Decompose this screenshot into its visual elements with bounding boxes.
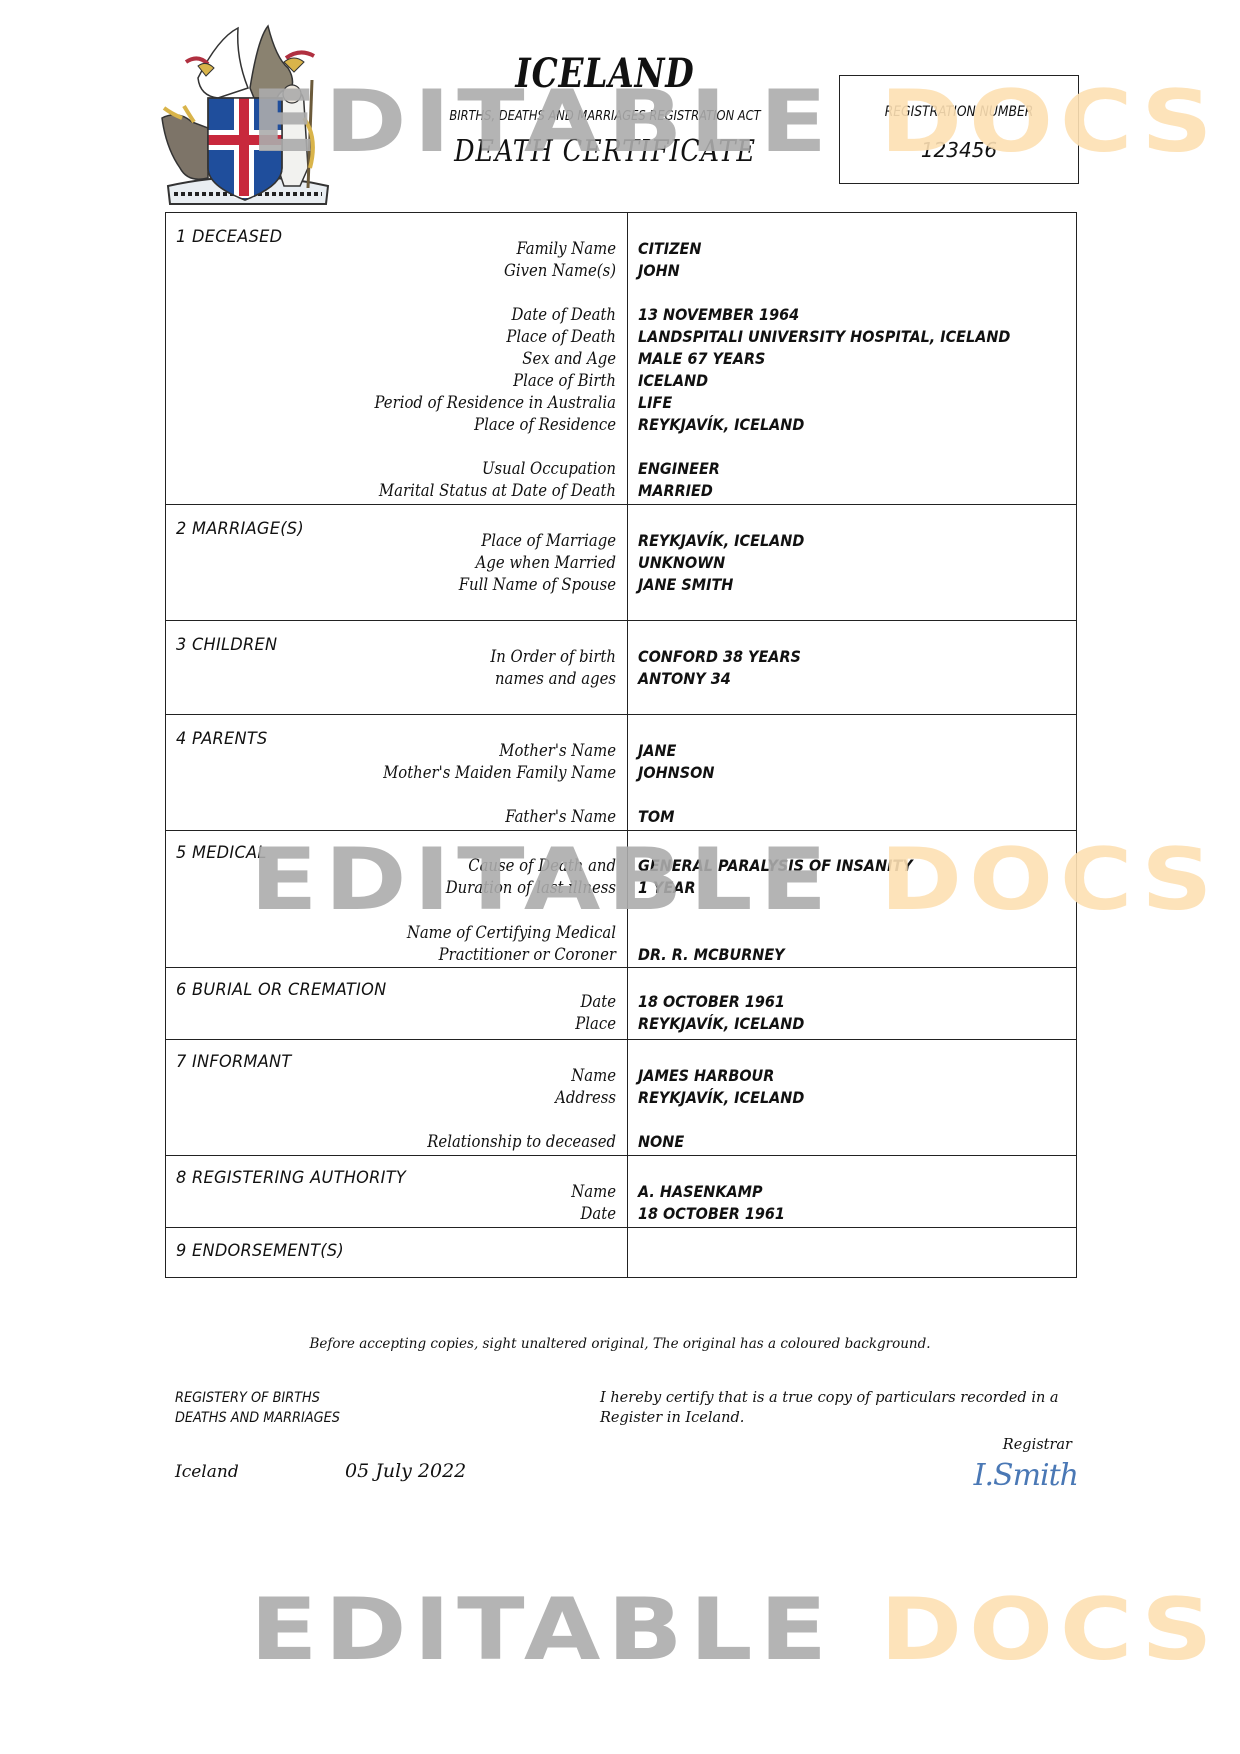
field-label: Period of Residence in Australia <box>220 393 616 412</box>
field-value: REYKJAVÍK, ICELAND <box>638 415 804 434</box>
field-row: In Order of birth CONFORD 38 YEARS <box>166 647 1076 669</box>
field-label: names and ages <box>220 669 616 688</box>
field-label: Sex and Age <box>220 349 616 368</box>
field-value: UNKNOWN <box>638 553 725 572</box>
iceland-coat-of-arms-icon <box>158 18 338 208</box>
certificate-table: 1 DECEASED Family Name CITIZEN Given Nam… <box>165 212 1077 1278</box>
field-value: NONE <box>638 1132 684 1151</box>
field-value: CITIZEN <box>638 239 701 258</box>
field-label: Usual Occupation <box>220 459 616 478</box>
field-row: Date 18 OCTOBER 1961 <box>166 1204 1076 1226</box>
field-row: Name A. HASENKAMP <box>166 1182 1076 1204</box>
field-label: Mother's Maiden Family Name <box>220 763 616 782</box>
field-value: 18 OCTOBER 1961 <box>638 992 785 1011</box>
field-label: Age when Married <box>220 553 616 572</box>
field-row: Given Name(s) JOHN <box>166 261 1076 283</box>
registrar-signature: I.Smith <box>974 1458 1078 1493</box>
field-label: Mother's Name <box>220 741 616 760</box>
field-row: Marital Status at Date of Death MARRIED <box>166 481 1076 503</box>
field-value: A. HASENKAMP <box>638 1182 763 1201</box>
section-informant: 7 INFORMANT Name JAMES HARBOUR Address R… <box>166 1039 1076 1155</box>
document-title: DEATH CERTIFICATE <box>427 134 784 169</box>
authenticity-notice: Before accepting copies, sight unaltered… <box>0 1336 1240 1352</box>
section-medical: 5 MEDICAL Cause of Death and GENERAL PAR… <box>166 830 1076 967</box>
field-row: Place of Birth ICELAND <box>166 371 1076 393</box>
field-label: Place of Marriage <box>220 531 616 550</box>
section-burial-or-cremation: 6 BURIAL OR CREMATION Date 18 OCTOBER 19… <box>166 967 1076 1039</box>
section-endorsements: 9 ENDORSEMENT(S) <box>166 1227 1076 1277</box>
field-label: Full Name of Spouse <box>220 575 616 594</box>
section-deceased: 1 DECEASED Family Name CITIZEN Given Nam… <box>166 213 1076 504</box>
field-row: Usual Occupation ENGINEER <box>166 459 1076 481</box>
field-label: Relationship to deceased <box>220 1132 616 1151</box>
field-label: Given Name(s) <box>220 261 616 280</box>
field-row: Father's Name TOM <box>166 807 1076 829</box>
field-value: JOHN <box>638 261 680 280</box>
field-label: Father's Name <box>220 807 616 826</box>
field-row: Name JAMES HARBOUR <box>166 1066 1076 1088</box>
field-row: Full Name of Spouse JANE SMITH <box>166 575 1076 597</box>
field-label: In Order of birth <box>220 647 616 666</box>
field-value: LIFE <box>638 393 672 412</box>
field-label: Cause of Death and <box>220 856 616 875</box>
field-label: Place <box>220 1014 616 1033</box>
country-heading: ICELAND <box>433 50 777 98</box>
field-row: Mother's Name JANE <box>166 741 1076 763</box>
field-value: LANDSPITALI UNIVERSITY HOSPITAL, ICELAND <box>638 327 1010 346</box>
field-label: Name <box>220 1182 616 1201</box>
field-label: Place of Residence <box>220 415 616 434</box>
field-value: DR. R. MCBURNEY <box>638 945 785 964</box>
field-value: JANE SMITH <box>638 575 733 594</box>
registry-name: REGISTERY OF BIRTHS DEATHS AND MARRIAGES <box>175 1388 340 1428</box>
watermark-word-2: DOCS <box>880 1580 1219 1680</box>
field-value: REYKJAVÍK, ICELAND <box>638 531 804 550</box>
field-row: Duration of last illness 1 YEAR <box>166 878 1076 900</box>
field-value: 13 NOVEMBER 1964 <box>638 305 799 324</box>
field-row: Cause of Death and GENERAL PARALYSIS OF … <box>166 856 1076 878</box>
registrar-label: Registrar <box>1003 1437 1072 1453</box>
title-block: ICELAND BIRTHS, DEATHS AND MARRIAGES REG… <box>395 50 815 169</box>
field-value: 18 OCTOBER 1961 <box>638 1204 785 1223</box>
field-value: ANTONY 34 <box>638 669 731 688</box>
certification-statement: I hereby certify that is a true copy of … <box>600 1388 1070 1428</box>
field-value: JAMES HARBOUR <box>638 1066 774 1085</box>
field-label: Name <box>220 1066 616 1085</box>
field-value: TOM <box>638 807 674 826</box>
section-children: 3 CHILDREN In Order of birth CONFORD 38 … <box>166 620 1076 714</box>
field-row: Date of Death 13 NOVEMBER 1964 <box>166 305 1076 327</box>
field-label: Address <box>220 1088 616 1107</box>
field-row: Place of Residence REYKJAVÍK, ICELAND <box>166 415 1076 437</box>
field-row: Period of Residence in Australia LIFE <box>166 393 1076 415</box>
field-label: Practitioner or Coroner <box>220 945 616 964</box>
field-value: MALE 67 YEARS <box>638 349 765 368</box>
field-row: Name of Certifying Medical <box>166 923 1076 945</box>
field-value: JANE <box>638 741 676 760</box>
watermark: EDITABLEDOCS <box>250 1580 1219 1680</box>
registration-number-value: 123456 <box>840 138 1078 162</box>
field-row: Age when Married UNKNOWN <box>166 553 1076 575</box>
field-value: GENERAL PARALYSIS OF INSANITY <box>638 856 913 875</box>
field-label: Family Name <box>220 239 616 258</box>
field-label: Place of Death <box>220 327 616 346</box>
field-row: Family Name CITIZEN <box>166 239 1076 261</box>
field-label: Marital Status at Date of Death <box>220 481 616 500</box>
field-value: ENGINEER <box>638 459 720 478</box>
watermark-word-1: EDITABLE <box>250 1580 834 1680</box>
field-label: Duration of last illness <box>220 878 616 897</box>
field-label: Date of Death <box>220 305 616 324</box>
section-title: 9 ENDORSEMENT(S) <box>176 1241 344 1261</box>
field-row: Address REYKJAVÍK, ICELAND <box>166 1088 1076 1110</box>
field-row: Place of Death LANDSPITALI UNIVERSITY HO… <box>166 327 1076 349</box>
field-label: Date <box>220 992 616 1011</box>
section-parents: 4 PARENTS Mother's Name JANE Mother's Ma… <box>166 714 1076 830</box>
field-row: Place of Marriage REYKJAVÍK, ICELAND <box>166 531 1076 553</box>
registration-act-subtitle: BIRTHS, DEATHS AND MARRIAGES REGISTRATIO… <box>427 108 784 124</box>
section-marriages: 2 MARRIAGE(S) Place of Marriage REYKJAVÍ… <box>166 504 1076 620</box>
registry-line-2: DEATHS AND MARRIAGES <box>175 1408 340 1428</box>
field-row: Place REYKJAVÍK, ICELAND <box>166 1014 1076 1036</box>
registry-line-1: REGISTERY OF BIRTHS <box>175 1388 340 1408</box>
field-value: 1 YEAR <box>638 878 696 897</box>
field-row: names and ages ANTONY 34 <box>166 669 1076 691</box>
death-certificate-page: ICELAND BIRTHS, DEATHS AND MARRIAGES REG… <box>0 0 1240 1754</box>
field-value: REYKJAVÍK, ICELAND <box>638 1014 804 1033</box>
issue-place: Iceland <box>175 1462 239 1482</box>
field-label: Date <box>220 1204 616 1223</box>
field-value: MARRIED <box>638 481 713 500</box>
issue-date: 05 July 2022 <box>345 1460 466 1482</box>
field-label: Place of Birth <box>220 371 616 390</box>
field-label: Name of Certifying Medical <box>220 923 616 942</box>
registration-number-label: REGISTRATION NUMBER <box>854 104 1063 120</box>
field-value: REYKJAVÍK, ICELAND <box>638 1088 804 1107</box>
field-value: ICELAND <box>638 371 708 390</box>
registration-number-box: REGISTRATION NUMBER 123456 <box>839 75 1079 184</box>
section-registering-authority: 8 REGISTERING AUTHORITY Name A. HASENKAM… <box>166 1155 1076 1227</box>
field-value: CONFORD 38 YEARS <box>638 647 801 666</box>
field-row: Date 18 OCTOBER 1961 <box>166 992 1076 1014</box>
field-value: JOHNSON <box>638 763 714 782</box>
field-row: Mother's Maiden Family Name JOHNSON <box>166 763 1076 785</box>
field-row: Relationship to deceased NONE <box>166 1132 1076 1154</box>
field-row: Sex and Age MALE 67 YEARS <box>166 349 1076 371</box>
field-row: Practitioner or Coroner DR. R. MCBURNEY <box>166 945 1076 967</box>
